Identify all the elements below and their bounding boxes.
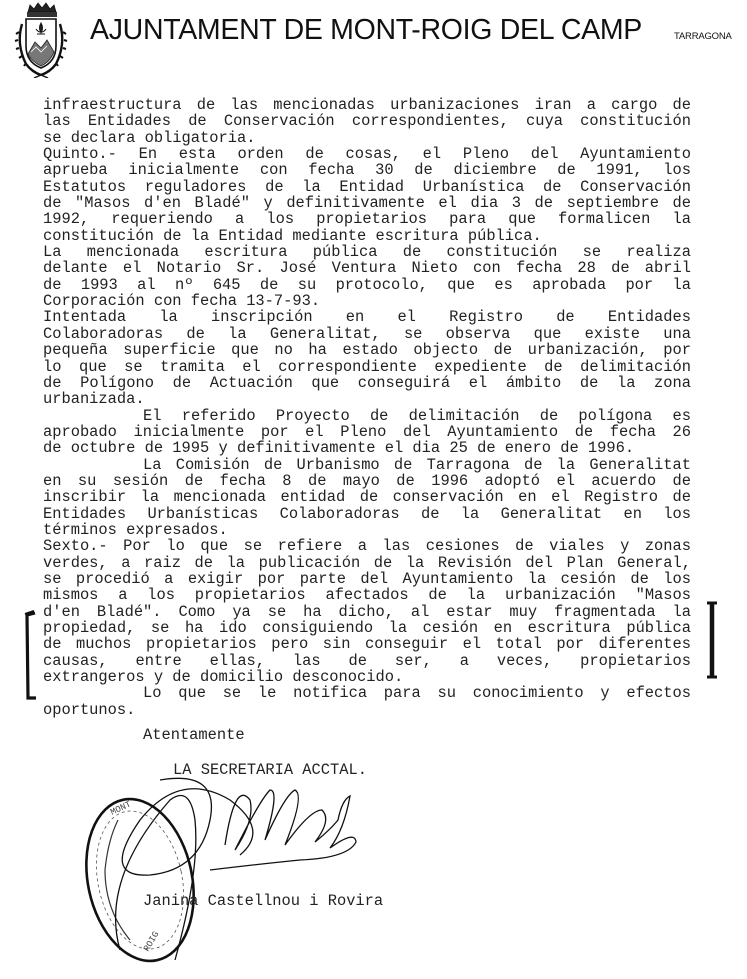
- body-text-line: en su sesión de fecha 8 de mayo de 1996 …: [43, 473, 691, 489]
- left-margin-bracket-icon: [20, 610, 38, 702]
- body-text-line: Intentada la inscripción en el Registro …: [43, 309, 691, 325]
- official-seal-icon: MONT ROIG: [72, 789, 208, 971]
- body-text-line: Colaboradoras de la Generalitat, se obse…: [43, 326, 691, 342]
- body-text-line: se procedió a exigir por parte del Ayunt…: [43, 571, 691, 587]
- signatory-name: Janina Castellnou i Rovira: [143, 892, 383, 910]
- body-text-line: La Comisión de Urbanismo de Tarragona de…: [43, 457, 691, 473]
- body-text-line: Sexto.- Por lo que se refiere a las cesi…: [43, 538, 691, 554]
- body-text-line: términos expresados.: [43, 522, 691, 538]
- letter-body: infraestructura de las mencionadas urban…: [43, 97, 691, 718]
- body-text-line: El referido Proyecto de delimitación de …: [43, 408, 691, 424]
- body-text-line: Corporación con fecha 13-7-93.: [43, 293, 691, 309]
- body-text-line: se declara obligatoria.: [43, 130, 691, 146]
- body-text-line: de octubre de 1995 y definitivamente el …: [43, 440, 691, 456]
- body-text-line: las Entidades de Conservación correspond…: [43, 113, 691, 129]
- svg-text:ROIG: ROIG: [142, 930, 161, 954]
- body-text-line: de Polígono de Actuación que conseguirá …: [43, 375, 691, 391]
- body-text-line: mismos a los propietarios afectados de l…: [43, 587, 691, 603]
- body-text-line: causas, entre ellas, las de ser, a veces…: [43, 653, 691, 669]
- body-text-line: aprobado inicialmente por el Pleno del A…: [43, 424, 691, 440]
- body-text-line: extrangeros y de domicilio desconocido.: [43, 669, 691, 685]
- body-text-line: inscribir la mencionada entidad de conse…: [43, 489, 691, 505]
- stamp-and-signature-icon: MONT ROIG: [60, 760, 400, 979]
- body-text-line: delante el Notario Sr. José Ventura Niet…: [43, 260, 691, 276]
- body-text-line: pequeña superficie que no ha estado obje…: [43, 342, 691, 358]
- body-text-line: La mencionada escritura pública de const…: [43, 244, 691, 260]
- right-margin-bracket-icon: [703, 600, 721, 680]
- body-text-line: de 1993 al nº 645 de su protocolo, que e…: [43, 277, 691, 293]
- body-text-line: Entidades Urbanísticas Colaboradoras de …: [43, 506, 691, 522]
- body-text-line: urbanizada.: [43, 391, 691, 407]
- body-text-line: 1992, requeriendo a los propietarios par…: [43, 211, 691, 227]
- svg-text:MONT: MONT: [109, 799, 133, 817]
- coat-of-arms-icon: [14, 2, 68, 78]
- body-text-line: lo que se tramita el correspondiente exp…: [43, 359, 691, 375]
- body-text-line: oportunos.: [43, 702, 691, 718]
- body-text-line: constitución de la Entidad mediante escr…: [43, 228, 691, 244]
- body-text-line: Estatutos reguladores de la Entidad Urba…: [43, 179, 691, 195]
- letterhead-title: AJUNTAMENT DE MONT-ROIG DEL CAMP: [90, 14, 642, 47]
- body-text-line: d'en Bladé". Como ya se ha dicho, al est…: [43, 604, 691, 620]
- letterhead-province: TARRAGONA: [674, 31, 732, 42]
- body-text-line: Lo que se le notifica para su conocimien…: [43, 685, 691, 701]
- body-text-line: Quinto.- En esta orden de cosas, el Plen…: [43, 146, 691, 162]
- body-text-line: de "Masos d'en Bladé" y definitivamente …: [43, 195, 691, 211]
- salutation: Atentamente: [143, 726, 245, 744]
- body-text-line: infraestructura de las mencionadas urban…: [43, 97, 691, 113]
- body-text-line: propiedad, se ha ido consiguiendo la ces…: [43, 620, 691, 636]
- body-text-line: de muchos propietarios pero sin consegui…: [43, 636, 691, 652]
- body-text-line: aprueba inicialmente con fecha 30 de dic…: [43, 162, 691, 178]
- body-text-line: verdes, a raiz de la publicación de la R…: [43, 555, 691, 571]
